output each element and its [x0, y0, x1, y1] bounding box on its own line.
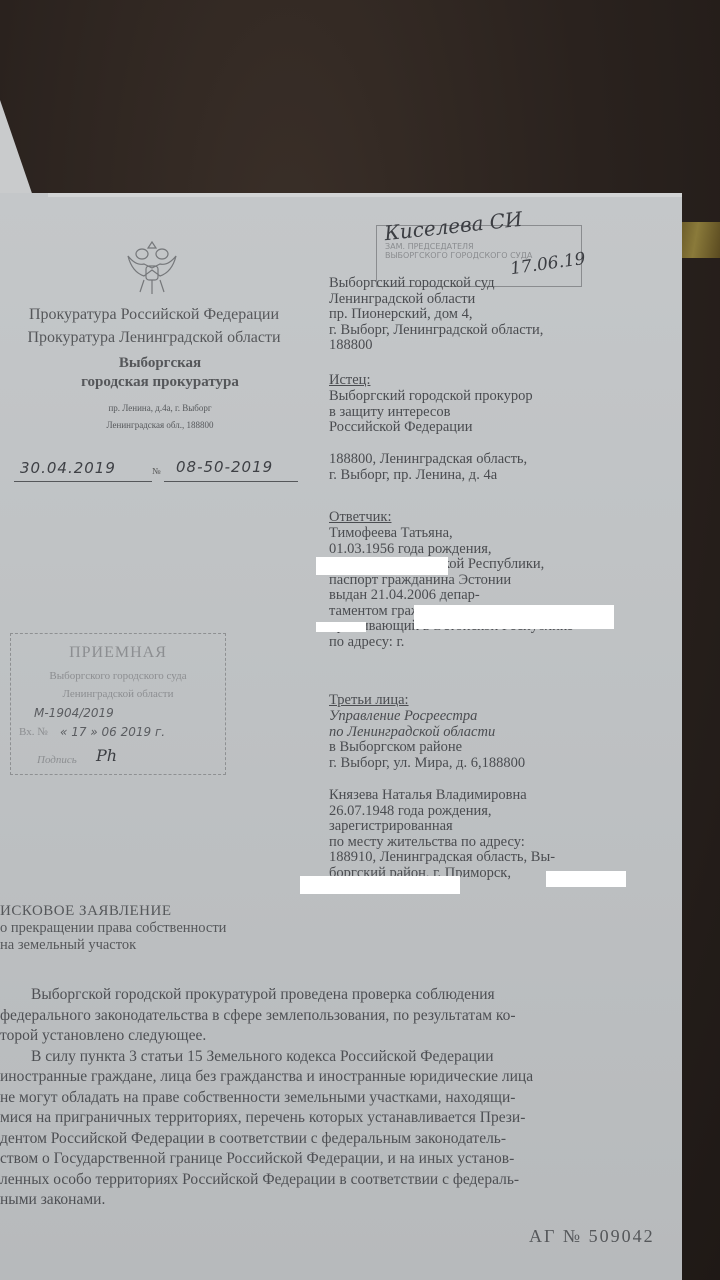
body-line: не могут обладать на праве собственности… [0, 1088, 630, 1109]
russian-coat-of-arms-icon [122, 236, 182, 300]
incoming-number: М-1904/2019 [34, 706, 114, 720]
rosreestr-name: Управление Росреестра по Ленинградской о… [329, 709, 495, 740]
third-party-person: Князева Наталья Владимировна 26.07.1948 … [329, 788, 555, 881]
number-underline [164, 481, 298, 482]
background-surface [680, 222, 720, 258]
office-address-line-1: пр. Ленина, д.4а, г. Выборг [60, 400, 260, 417]
reception-stamp-line-2: Ленинградской области [11, 688, 225, 700]
third-parties-label: Третьи лица: [329, 693, 409, 709]
redaction-address-2 [414, 605, 614, 629]
reception-stamp: ПРИЕМНАЯ Выборгского городского суда Лен… [10, 633, 226, 775]
office-name: Выборгская городская прокуратура [60, 354, 260, 392]
agency-line-1: Прокуратура Российской Федерации [4, 306, 304, 324]
body-line: мися на приграничных территориях, перече… [0, 1108, 630, 1129]
outgoing-number: 08-50-2019 [176, 458, 273, 476]
redaction-passport [316, 557, 448, 575]
number-sign: № [152, 466, 161, 476]
addressee-block: Выборгский городской суд Ленинградской о… [329, 276, 543, 354]
document-title: ИСКОВОЕ ЗАЯВЛЕНИЕ [0, 903, 172, 920]
body-line: В силу пункта 3 статьи 15 Земельного код… [0, 1047, 630, 1068]
office-address-line-2: Ленинградская обл., 188800 [60, 417, 260, 434]
body-line: ными законами. [0, 1190, 630, 1211]
incoming-label: Вх. № [19, 726, 48, 738]
office-line-2: городская прокуратура [60, 373, 260, 392]
reception-stamp-line-1: Выборгского городского суда [11, 670, 225, 682]
office-address: пр. Ленина, д.4а, г. Выборг Ленинградска… [60, 400, 260, 434]
redaction-person-address-2 [546, 871, 626, 887]
redaction-person-address-1 [300, 876, 460, 894]
office-line-1: Выборгская [60, 354, 260, 373]
plaintiff-label: Истец: [329, 373, 370, 389]
body-line: ством о Государственной границе Российск… [0, 1149, 630, 1170]
document-subtitle-1: о прекращении права собственности [0, 920, 226, 937]
plaintiff-address: 188800, Ленинградская область, г. Выборг… [329, 452, 527, 483]
stamp-line-1: ЗАМ. ПРЕДСЕДАТЕЛЯ [385, 242, 581, 251]
reception-signature: Ph [96, 746, 117, 765]
signature-label: Подпись [37, 754, 77, 766]
reception-stamp-title: ПРИЕМНАЯ [11, 644, 225, 662]
body-line: ленных особо территориях Российской Феде… [0, 1170, 630, 1191]
page-top-edge [48, 193, 682, 197]
redaction-address-1 [316, 622, 366, 632]
body-line: иностранные граждане, лица без гражданст… [0, 1067, 630, 1088]
form-serial-number: АГ № 509042 [529, 1226, 655, 1247]
incoming-date: « 17 » 06 2019 г. [60, 725, 165, 739]
agency-line-2: Прокуратура Ленинградской области [4, 329, 304, 347]
plaintiff-name: Выборгский городской прокурор в защиту и… [329, 389, 533, 436]
defendant-label: Ответчик: [329, 510, 391, 526]
date-underline [14, 481, 152, 482]
body-line: федерального законодательства в сфере зе… [0, 1006, 630, 1027]
outgoing-date: 30.04.2019 [20, 459, 116, 477]
document-body: Выборгской городской прокуратурой провед… [0, 985, 630, 1211]
body-line: дентом Российской Федерации в соответств… [0, 1129, 630, 1150]
rosreestr-address: в Выборгском районе г. Выборг, ул. Мира,… [329, 740, 525, 771]
body-line: торой установлено следующее. [0, 1026, 630, 1047]
body-line: Выборгской городской прокуратурой провед… [0, 985, 630, 1006]
document-subtitle-2: на земельный участок [0, 937, 136, 954]
